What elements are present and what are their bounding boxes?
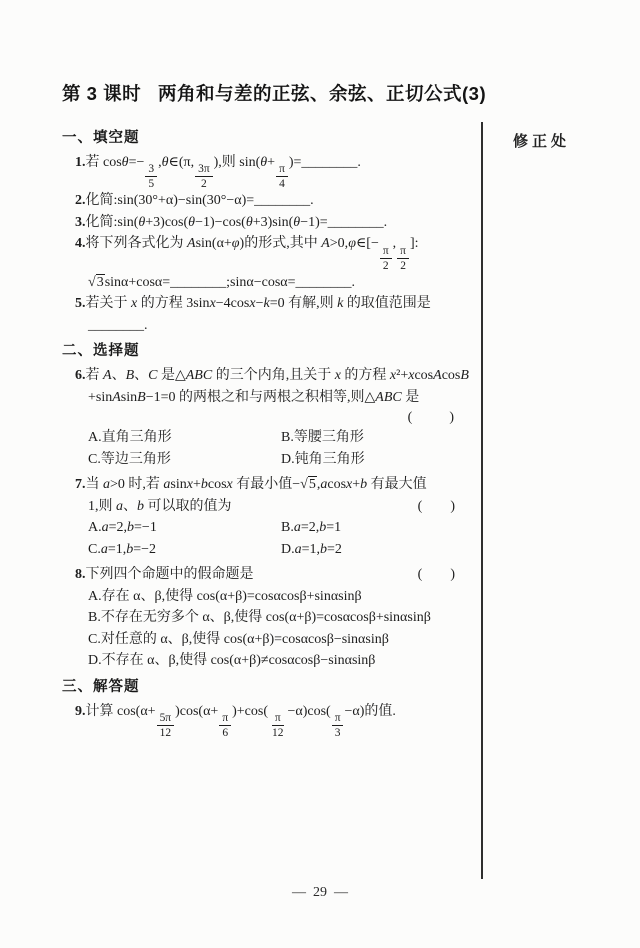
problem-6-option-b: B.等腰三角形 xyxy=(281,427,472,449)
problem-1-number: 1. xyxy=(75,155,86,170)
problem-2-line-1: 2.化简:sin(30°+α)−sin(30°−α)=________. xyxy=(75,190,472,212)
problem-8-number: 8. xyxy=(75,567,86,582)
problem-7-option-c: C.a=1,b=−2 xyxy=(88,539,281,561)
problem-6: 6.若 A、B、C 是△ABC 的三个内角,且关于 x 的方程 x²+xcosA… xyxy=(62,365,472,470)
problem-7-line-2: 1,则 a、b 可以取的值为( ) xyxy=(75,496,472,518)
problem-6-line-1: 6.若 A、B、C 是△ABC 的三个内角,且关于 x 的方程 x²+xcosA… xyxy=(75,365,472,387)
problem-1-line-1: 1.若 cosθ=−35,θ∈(π,3π2),则 sin(θ+π4)=_____… xyxy=(75,152,472,190)
problem-7: 7.当 a>0 时,若 asinx+bcosx 有最小值−√5,acosx+b … xyxy=(62,474,472,560)
problem-7-line-1: 7.当 a>0 时,若 asinx+bcosx 有最小值−√5,acosx+b … xyxy=(75,474,472,496)
problem-6-option-a: A.直角三角形 xyxy=(88,427,281,449)
page-title: 第 3 课时 两角和与差的正弦、余弦、正切公式(3) xyxy=(62,82,472,106)
problem-2-text: 化简:sin(30°+α)−sin(30°−α)=________. xyxy=(86,193,314,208)
problem-8-line-1: 8.下列四个命题中的假命题是( ) xyxy=(75,564,472,586)
answer-parentheses: ( ) xyxy=(418,564,455,586)
problem-3-number: 3. xyxy=(75,215,86,230)
problem-4-number: 4. xyxy=(75,236,86,251)
problem-2: 2.化简:sin(30°+α)−sin(30°−α)=________. xyxy=(62,190,472,212)
problem-8-option-b: B.不存在无穷多个 α、β,使得 cos(α+β)=cosαcosβ+sinαs… xyxy=(88,607,472,629)
problem-6-option-c: C.等边三角形 xyxy=(88,449,281,471)
section-heading-choice: 二、选择题 xyxy=(62,341,472,361)
problem-7-option-b: B.a=2,b=1 xyxy=(281,517,472,539)
problem-6-number: 6. xyxy=(75,368,86,383)
problem-7-text: 当 a>0 时,若 asinx+bcosx 有最小值−√5,acosx+b 有最… xyxy=(86,476,427,492)
problem-3: 3.化简:sin(θ+3)cos(θ−1)−cos(θ+3)sin(θ−1)=_… xyxy=(62,212,472,234)
problem-3-line-1: 3.化简:sin(θ+3)cos(θ−1)−cos(θ+3)sin(θ−1)=_… xyxy=(75,212,472,234)
problem-8-text: 下列四个命题中的假命题是 xyxy=(86,567,254,582)
problem-7-options: A.a=2,b=−1 B.a=2,b=1 C.a=1,b=−2 D.a=1,b=… xyxy=(75,517,472,560)
answer-parentheses: ( ) xyxy=(418,496,455,518)
problem-9: 9.计算 cos(α+5π12)cos(α+π6)+cos(π12−α)cos(… xyxy=(62,701,472,739)
section-heading-fill-in: 一、填空题 xyxy=(62,128,472,148)
problem-7-text-2: 1,则 a、b 可以取的值为 xyxy=(88,499,232,514)
problem-4-line-1: 4.将下列各式化为 Asin(α+φ)的形式,其中 A>0,φ∈[−π2,π2]… xyxy=(75,233,472,271)
problem-5-line-1: 5.若关于 x 的方程 3sinx−4cosx−k=0 有解,则 k 的取值范围… xyxy=(75,293,472,315)
problem-4-line-2: √3sinα+cosα=________;sinα−cosα=________. xyxy=(75,272,472,294)
correction-area-divider xyxy=(481,122,483,879)
problem-2-number: 2. xyxy=(75,193,86,208)
problem-3-text: 化简:sin(θ+3)cos(θ−1)−cos(θ+3)sin(θ−1)=___… xyxy=(86,215,388,230)
problem-8-option-d: D.不存在 α、β,使得 cos(α+β)≠cosαcosβ−sinαsinβ xyxy=(88,650,472,672)
problem-8-option-a: A.存在 α、β,使得 cos(α+β)=cosαcosβ+sinαsinβ xyxy=(88,586,472,608)
problem-8: 8.下列四个命题中的假命题是( ) A.存在 α、β,使得 cos(α+β)=c… xyxy=(62,564,472,672)
problem-8-option-c: C.对任意的 α、β,使得 cos(α+β)=cosαcosβ−sinαsinβ xyxy=(88,629,472,651)
problem-7-option-a: A.a=2,b=−1 xyxy=(88,517,281,539)
problem-9-number: 9. xyxy=(75,704,86,719)
problem-5: 5.若关于 x 的方程 3sinx−4cosx−k=0 有解,则 k 的取值范围… xyxy=(62,293,472,336)
correction-area-label: 修正处 xyxy=(513,130,570,151)
problem-1: 1.若 cosθ=−35,θ∈(π,3π2),则 sin(θ+π4)=_____… xyxy=(62,152,472,190)
problem-5-text: 若关于 x 的方程 3sinx−4cosx−k=0 有解,则 k 的取值范围是 xyxy=(86,296,431,311)
problem-5-line-2: ________. xyxy=(75,315,472,337)
problem-6-options: A.直角三角形 B.等腰三角形 C.等边三角形 D.钝角三角形 xyxy=(75,427,472,470)
page-number: — 29 — xyxy=(0,885,640,901)
worksheet-page: 修正处 第 3 课时 两角和与差的正弦、余弦、正切公式(3) 一、填空题 1.若… xyxy=(0,0,640,948)
problem-8-options: A.存在 α、β,使得 cos(α+β)=cosαcosβ+sinαsinβ B… xyxy=(75,586,472,672)
problem-6-option-d: D.钝角三角形 xyxy=(281,449,472,471)
section-heading-answer: 三、解答题 xyxy=(62,677,472,697)
problem-9-text: 计算 cos(α+5π12)cos(α+π6)+cos(π12−α)cos(π3… xyxy=(86,704,396,719)
problem-1-text: 若 cosθ=−35,θ∈(π,3π2),则 sin(θ+π4)=_______… xyxy=(86,155,361,170)
problem-7-option-d: D.a=1,b=2 xyxy=(281,539,472,561)
content-column: 第 3 课时 两角和与差的正弦、余弦、正切公式(3) 一、填空题 1.若 cos… xyxy=(62,82,472,739)
problem-4-text: 将下列各式化为 Asin(α+φ)的形式,其中 A>0,φ∈[−π2,π2]: xyxy=(86,236,419,251)
problem-4: 4.将下列各式化为 Asin(α+φ)的形式,其中 A>0,φ∈[−π2,π2]… xyxy=(62,233,472,293)
problem-5-number: 5. xyxy=(75,296,86,311)
problem-6-text: 若 A、B、C 是△ABC 的三个内角,且关于 x 的方程 x²+xcosAco… xyxy=(86,368,469,383)
problem-9-line-1: 9.计算 cos(α+5π12)cos(α+π6)+cos(π12−α)cos(… xyxy=(75,701,472,739)
answer-parentheses: ( ) xyxy=(408,410,455,425)
problem-6-line-2: +sinAsinB−1=0 的两根之和与两根之积相等,则△ABC 是 xyxy=(75,387,472,409)
problem-6-answer-paren-line: ( ) xyxy=(75,408,472,427)
problem-7-number: 7. xyxy=(75,477,86,492)
